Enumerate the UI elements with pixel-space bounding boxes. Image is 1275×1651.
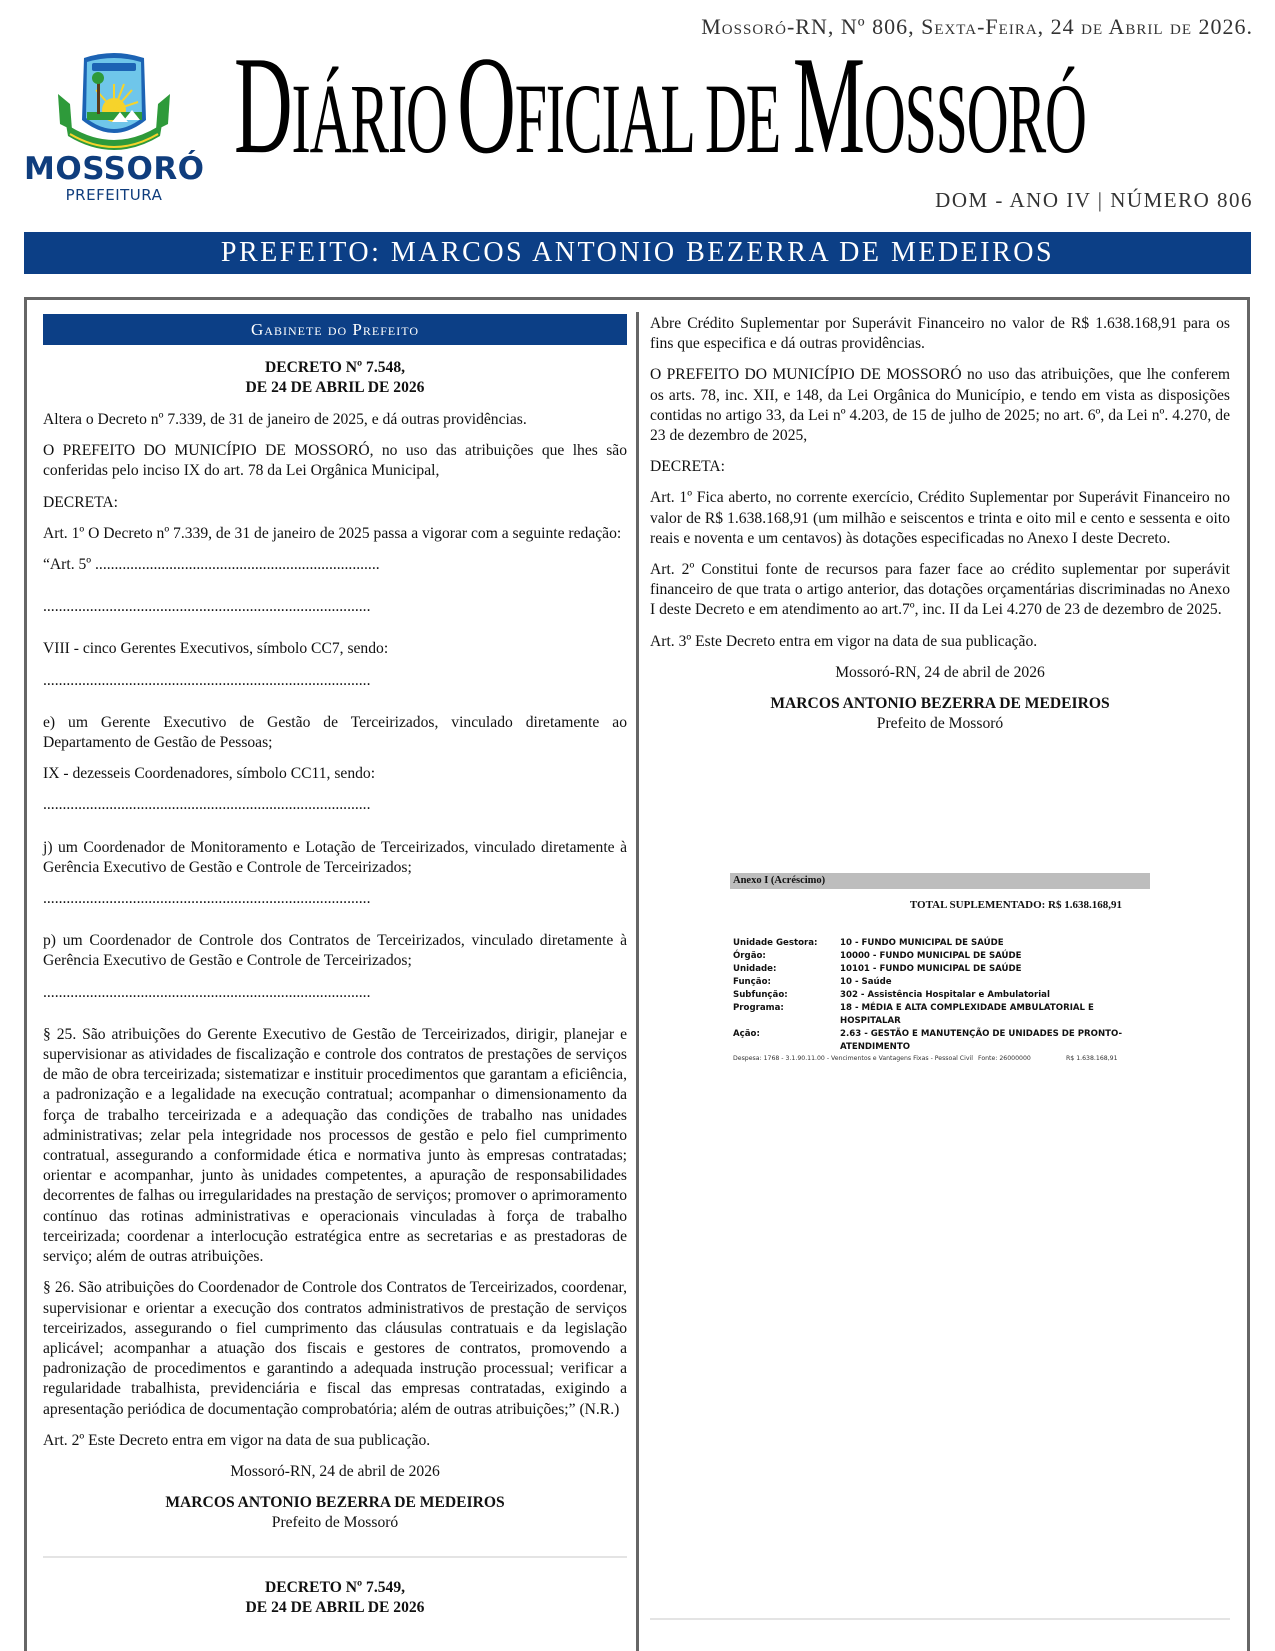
signer-role: Prefeito de Mossoró xyxy=(650,714,1230,734)
article-2: Art. 2º Constitui fonte de recursos para… xyxy=(650,560,1230,621)
column-divider xyxy=(636,312,639,1651)
masthead-part: FICIAL xyxy=(515,49,695,189)
decree-date: DE 24 DE ABRIL DE 2026 xyxy=(43,378,627,398)
masthead-part: IÁRIO xyxy=(291,49,446,189)
annex-row: Ação:2.63 - GESTÃO E MANUTENÇÃO DE UNIDA… xyxy=(730,1028,1150,1054)
item-e: e) um Gerente Executivo de Gestão de Ter… xyxy=(43,713,627,753)
expense-description: Despesa: 1768 - 3.1.90.11.00 - Venciment… xyxy=(733,1055,978,1062)
annex-row-label: Ação: xyxy=(730,1028,840,1054)
ellipsis-line: ........................................… xyxy=(43,983,395,1003)
masthead-part: D xyxy=(234,36,291,176)
decreta-label: DECRETA: xyxy=(650,457,1230,477)
annex-row-value: 302 - Assistência Hospitalar e Ambulator… xyxy=(840,989,1150,1002)
annex-row-label: Subfunção: xyxy=(730,989,840,1002)
article-1: Art. 1º Fica aberto, no corrente exercíc… xyxy=(650,488,1230,549)
annex-row-value: 2.63 - GESTÃO E MANUTENÇÃO DE UNIDADES D… xyxy=(840,1028,1150,1054)
logo-city-name: MOSSORÓ xyxy=(24,152,204,186)
annex-details: Unidade Gestora:10 - FUNDO MUNICIPAL DE … xyxy=(730,937,1150,1054)
ellipsis-line: ........................................… xyxy=(43,671,395,691)
decree-number: DECRETO Nº 7.548, xyxy=(43,358,627,378)
item-p: p) um Coordenador de Controle dos Contra… xyxy=(43,931,627,971)
masthead-part: OSSORÓ xyxy=(864,49,1086,189)
ellipsis-line: ........................................… xyxy=(43,597,395,617)
masthead-part: O xyxy=(457,36,514,176)
decree-title: DECRETO Nº 7.549, DE 24 DE ABRIL DE 2026 xyxy=(43,1578,627,1618)
masthead-text: DIÁRIOOFICIALDEMOSSORÓ xyxy=(234,36,1086,189)
annex-expense-row: Despesa: 1768 - 3.1.90.11.00 - Venciment… xyxy=(730,1055,1150,1062)
annex-row: Subfunção:302 - Assistência Hospitalar e… xyxy=(730,989,1150,1002)
place-date: Mossoró-RN, 24 de abril de 2026 xyxy=(43,1462,627,1482)
edition-number: DOM - ANO IV | NÚMERO 806 xyxy=(935,188,1253,213)
right-column: Abre Crédito Suplementar por Superávit F… xyxy=(650,314,1230,734)
annex-row-value: 10000 - FUNDO MUNICIPAL DE SAÚDE xyxy=(840,950,1150,963)
expense-source: Fonte: 26000000 xyxy=(978,1055,1066,1062)
annex-row-value: 10 - Saúde xyxy=(840,976,1150,989)
masthead-title: DIÁRIOOFICIALDEMOSSORÓ xyxy=(234,36,1254,186)
decree-date: DE 24 DE ABRIL DE 2026 xyxy=(43,1598,627,1618)
signer-name: MARCOS ANTONIO BEZERRA DE MEDEIROS xyxy=(43,1493,627,1513)
decree-number: DECRETO Nº 7.549, xyxy=(43,1578,627,1598)
annex-row: Órgão:10000 - FUNDO MUNICIPAL DE SAÚDE xyxy=(730,950,1150,963)
annex-row-value: 18 - MÉDIA E ALTA COMPLEXIDADE AMBULATOR… xyxy=(840,1002,1150,1028)
annex-table-block: Anexo I (Acréscimo) TOTAL SUPLEMENTADO: … xyxy=(730,873,1150,1062)
article-5-line: “Art. 5º ...............................… xyxy=(43,555,395,575)
decree-ementa: Abre Crédito Suplementar por Superávit F… xyxy=(650,314,1230,354)
annex-title: Anexo I (Acréscimo) xyxy=(730,873,1150,889)
decree-ementa: Altera o Decreto nº 7.339, de 31 de jane… xyxy=(43,410,627,430)
annex-row: Função:10 - Saúde xyxy=(730,976,1150,989)
annex-row-label: Órgão: xyxy=(730,950,840,963)
ellipsis-line: ........................................… xyxy=(43,795,395,815)
expense-amount: R$ 1.638.168,91 xyxy=(1066,1055,1118,1062)
municipal-crest-icon xyxy=(52,50,176,160)
annex-row-label: Unidade: xyxy=(730,963,840,976)
decree-title: DECRETO Nº 7.548, DE 24 DE ABRIL DE 2026 xyxy=(43,358,627,398)
article-1: Art. 1º O Decreto nº 7.339, de 31 de jan… xyxy=(43,524,627,544)
annex-row-label: Programa: xyxy=(730,1002,840,1028)
annex-row-value: 10 - FUNDO MUNICIPAL DE SAÚDE xyxy=(840,937,1150,950)
annex-row: Unidade Gestora:10 - FUNDO MUNICIPAL DE … xyxy=(730,937,1150,950)
decree-preamble: O PREFEITO DO MUNICÍPIO DE MOSSORÓ no us… xyxy=(650,365,1230,446)
prefeitura-logo: MOSSORÓ PREFEITURA xyxy=(24,46,204,206)
annex-row: Programa:18 - MÉDIA E ALTA COMPLEXIDADE … xyxy=(730,1002,1150,1028)
annex-row: Unidade:10101 - FUNDO MUNICIPAL DE SAÚDE xyxy=(730,963,1150,976)
place-date: Mossoró-RN, 24 de abril de 2026 xyxy=(650,663,1230,683)
paragraph-26: § 26. São atribuições do Coordenador de … xyxy=(43,1278,627,1419)
mayor-banner: PREFEITO: MARCOS ANTONIO BEZERRA DE MEDE… xyxy=(24,232,1251,274)
signer-role: Prefeito de Mossoró xyxy=(43,1513,627,1533)
section-header-gabinete: Gabinete do Prefeito xyxy=(43,314,627,345)
decreta-label: DECRETA: xyxy=(43,493,627,513)
annex-row-value: 10101 - FUNDO MUNICIPAL DE SAÚDE xyxy=(840,963,1150,976)
article-2: Art. 2º Este Decreto entra em vigor na d… xyxy=(43,1431,627,1451)
masthead-part: DE xyxy=(705,49,780,189)
section-separator xyxy=(43,1556,627,1558)
section-separator xyxy=(650,1618,1230,1620)
logo-subtitle: PREFEITURA xyxy=(24,186,204,204)
paragraph-25: § 25. São atribuições do Gerente Executi… xyxy=(43,1025,627,1267)
annex-row-label: Unidade Gestora: xyxy=(730,937,840,950)
annex-row-label: Função: xyxy=(730,976,840,989)
ellipsis-line: ........................................… xyxy=(43,889,395,909)
signer-name: MARCOS ANTONIO BEZERRA DE MEDEIROS xyxy=(650,694,1230,714)
decree-preamble: O PREFEITO DO MUNICÍPIO DE MOSSORÓ, no u… xyxy=(43,441,627,481)
item-ix: IX - dezesseis Coordenadores, símbolo CC… xyxy=(43,764,627,784)
left-column: Gabinete do Prefeito DECRETO Nº 7.548, D… xyxy=(43,314,627,1630)
annex-total: TOTAL SUPLEMENTADO: R$ 1.638.168,91 xyxy=(730,899,1150,911)
article-3: Art. 3º Este Decreto entra em vigor na d… xyxy=(650,632,1230,652)
masthead-part: M xyxy=(793,36,864,176)
item-j: j) um Coordenador de Monitoramento e Lot… xyxy=(43,838,627,878)
item-viii: VIII - cinco Gerentes Executivos, símbol… xyxy=(43,639,627,659)
